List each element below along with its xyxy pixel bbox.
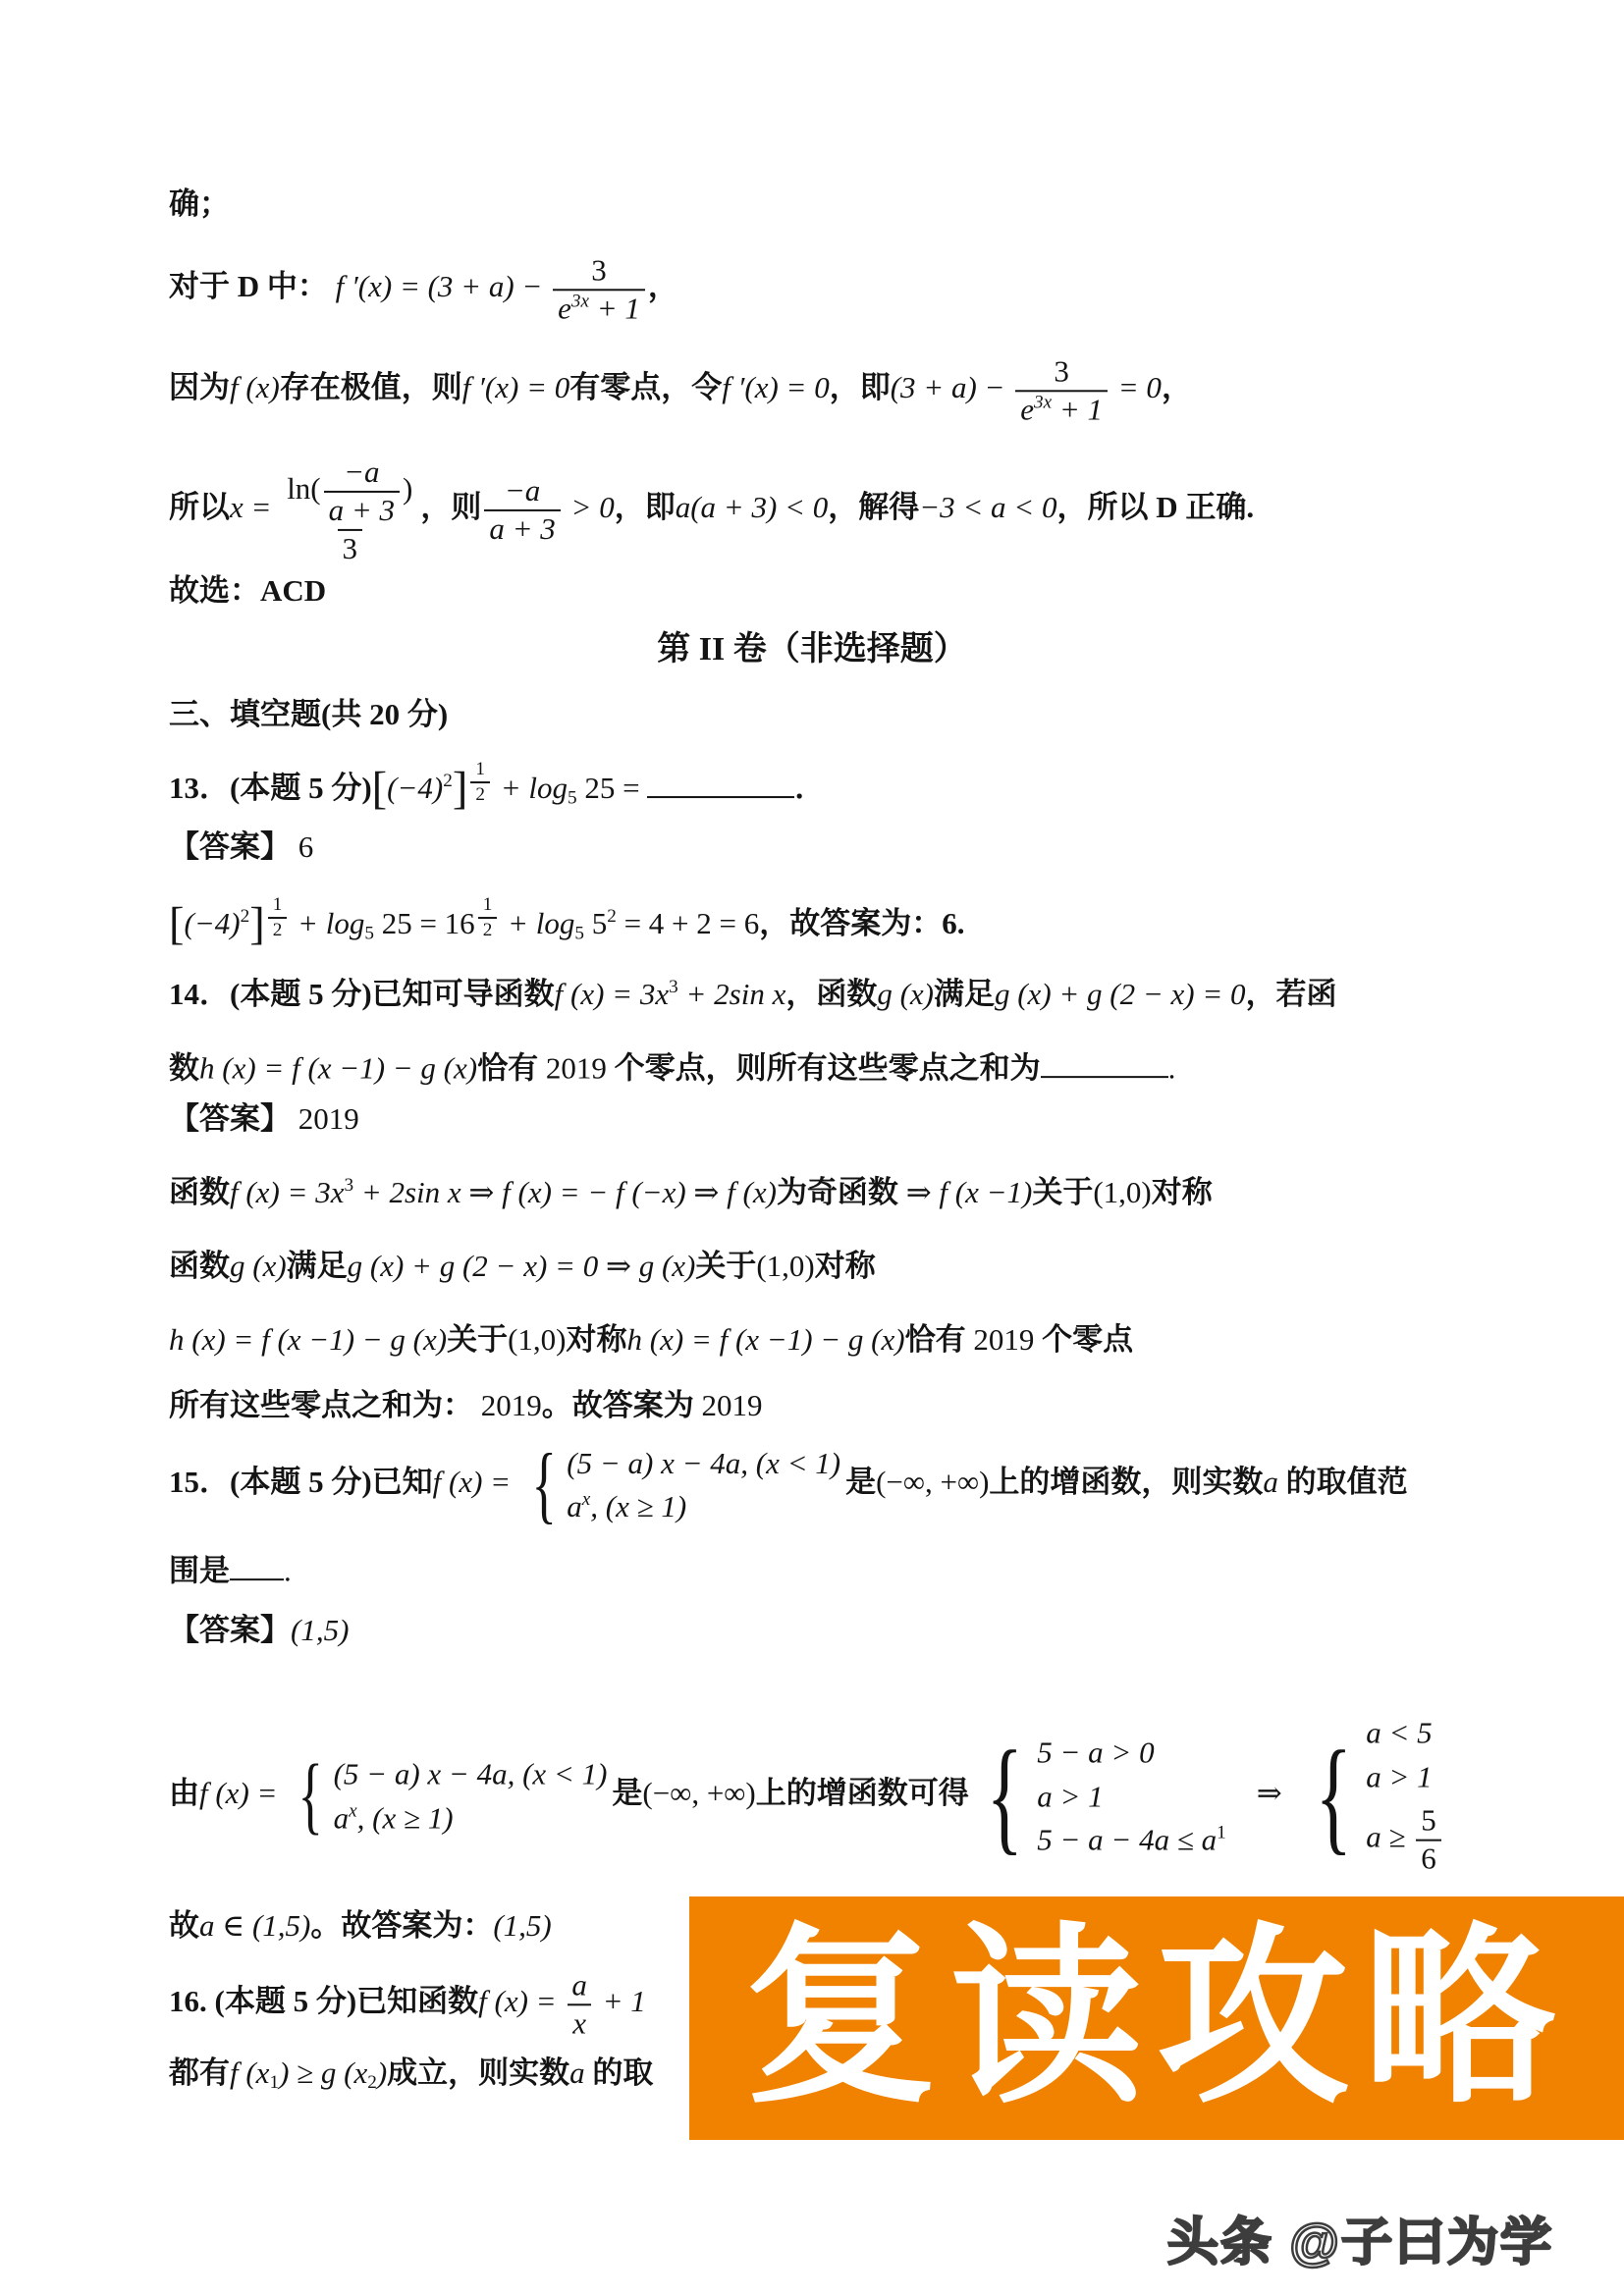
math-run: , (x ≥ 1) bbox=[357, 1800, 454, 1835]
math-run: 6 bbox=[1421, 1842, 1436, 1876]
text-run: 函数 bbox=[169, 1175, 230, 1209]
superscript: 2 bbox=[443, 771, 453, 791]
text-run: 对称 bbox=[1152, 1175, 1213, 1209]
fraction: 3e3x + 1 bbox=[1015, 353, 1108, 427]
text-line: 14．(本题 5 分)已知可导函数f (x) = 3x3 + 2sin x，函数… bbox=[169, 975, 1337, 1014]
subscript: 5 bbox=[364, 923, 374, 943]
math-run: (−4) bbox=[387, 771, 443, 805]
fraction-denominator: 2 bbox=[470, 781, 490, 807]
text-run: ，即 bbox=[615, 490, 676, 524]
cases-rows: 5 − a > 0a > 15 − a − 4a ≤ a1 bbox=[1035, 1735, 1225, 1858]
text-line: 函数f (x) = 3x3 + 2sin x ⇒ f (x) = − f (−x… bbox=[169, 1173, 1213, 1212]
left-brace: { bbox=[298, 1755, 323, 1838]
math-run: 5 bbox=[1421, 1803, 1436, 1838]
math-run: a < 5 bbox=[1366, 1716, 1432, 1750]
cases-rows: (5 − a) x − 4a, (x < 1)ax, (x ≥ 1) bbox=[332, 1757, 608, 1836]
text-run: 有零点，令 bbox=[569, 370, 722, 404]
text-run: 的取值范 bbox=[1278, 1465, 1408, 1499]
superscript: 3x bbox=[1034, 392, 1052, 412]
math-run: 2 bbox=[273, 920, 283, 940]
math-run: f ′(x) = 0 bbox=[462, 370, 569, 404]
text-run: 【答案】 bbox=[169, 1613, 291, 1647]
math-run: 2019 bbox=[694, 1388, 763, 1422]
watermark-banner-text: 复读攻略 bbox=[744, 1922, 1569, 2114]
math-run: a bbox=[567, 1489, 582, 1523]
math-run: a + 3 bbox=[329, 493, 395, 527]
text-line: 15．(本题 5 分)已知f (x) = {(5 − a) x − 4a, (x… bbox=[169, 1444, 1408, 1526]
text-run: 上的增函数可得 bbox=[756, 1776, 969, 1810]
text-run: 故选：ACD bbox=[169, 573, 326, 608]
math-run: a > 1 bbox=[1366, 1759, 1432, 1793]
math-run: 2019 bbox=[538, 1051, 615, 1086]
math-run: ⇒ bbox=[1257, 1776, 1282, 1810]
text-run: 由 bbox=[169, 1776, 199, 1810]
left-brace: { bbox=[531, 1444, 556, 1526]
math-run: g (x) bbox=[230, 1249, 287, 1283]
text-run: ，若函 bbox=[1246, 977, 1337, 1011]
math-run: 2019 bbox=[473, 1388, 542, 1422]
text-run: 上的增函数，则实数 bbox=[989, 1465, 1263, 1499]
text-run: 【答案】 bbox=[169, 829, 291, 864]
math-run: = 4 + 2 = 6 bbox=[617, 906, 759, 940]
fraction-numerator: 5 bbox=[1416, 1803, 1441, 1840]
text-run: 16. (本题 5 分)已知函数 bbox=[169, 1984, 478, 2018]
text-line: 函数g (x)满足g (x) + g (2 − x) = 0 ⇒ g (x)关于… bbox=[169, 1247, 876, 1286]
text-line: 对于 D 中： f ′(x) = (3 + a) − 3e3x + 1， bbox=[169, 252, 678, 326]
section-title: 第 II 卷（非选择题） bbox=[0, 628, 1624, 671]
math-run: a bbox=[571, 1967, 587, 2002]
math-run: a(a + 3) < 0 bbox=[676, 490, 828, 524]
text-run: ，解得 bbox=[828, 490, 919, 524]
text-run: 满足 bbox=[287, 1249, 348, 1283]
text-line: 【答案】 6 bbox=[169, 828, 313, 867]
math-run: (1,5) bbox=[493, 1908, 551, 1943]
math-run: = 0 bbox=[1110, 370, 1162, 404]
cases-row: a ≥ 56 bbox=[1366, 1803, 1444, 1877]
math-run: f (x) = 3x bbox=[555, 977, 669, 1011]
cases-row: 5 − a − 4a ≤ a1 bbox=[1037, 1823, 1225, 1858]
cases-row: ax, (x ≥ 1) bbox=[334, 1800, 454, 1836]
fraction: −aa + 3 bbox=[324, 454, 400, 528]
text-run: 确； bbox=[169, 187, 230, 221]
superscript: 2 bbox=[607, 906, 617, 927]
cases-rows: a < 5a > 1a ≥ 56 bbox=[1364, 1716, 1444, 1878]
text-line: h (x) = f (x −1) − g (x)关于(1,0)对称h (x) =… bbox=[169, 1320, 1133, 1360]
subsection-heading: 三、填空题(共 20 分) bbox=[169, 695, 448, 734]
math-run: (−∞, +∞) bbox=[642, 1776, 755, 1810]
text-line: 由f (x) = {(5 − a) x − 4a, (x < 1)ax, (x … bbox=[169, 1716, 1449, 1878]
fraction-numerator: ln(−aa + 3) bbox=[282, 454, 417, 529]
superscript: 3 bbox=[344, 1175, 353, 1196]
math-run: f (x bbox=[230, 2056, 269, 2090]
text-run: 存在极值，则 bbox=[280, 370, 462, 404]
math-run: (1,0) bbox=[756, 1249, 814, 1283]
text-run: 是 bbox=[612, 1776, 642, 1810]
math-run: 5 bbox=[574, 923, 584, 943]
cases-row: 5 − a > 0 bbox=[1037, 1735, 1154, 1771]
math-run: a bbox=[569, 2056, 585, 2090]
text-run: ，即 bbox=[830, 370, 891, 404]
math-run: . bbox=[1168, 1051, 1176, 1086]
superscript: 3 bbox=[669, 977, 678, 997]
fraction-numerator: 1 bbox=[478, 893, 498, 917]
fraction: 3e3x + 1 bbox=[553, 252, 645, 326]
superscript: 2 bbox=[241, 906, 250, 927]
text-run: 第 II 卷（非选择题） bbox=[657, 631, 966, 667]
credit-watermark: 头条 @子曰为学 bbox=[1167, 2201, 1553, 2274]
watermark-banner: 复读攻略 bbox=[689, 1896, 1624, 2140]
text-run: 14．(本题 5 分)已知可导函数 bbox=[169, 977, 555, 1011]
text-run: ，函数 bbox=[785, 977, 877, 1011]
text-line: 数h (x) = f (x −1) − g (x)恰有 2019 个零点，则所有… bbox=[169, 1047, 1175, 1089]
fraction-denominator: 2 bbox=[478, 917, 498, 942]
math-run: (5 − a) x − 4a, (x < 1) bbox=[567, 1446, 840, 1480]
math-run: 5 − a > 0 bbox=[1037, 1735, 1154, 1770]
fraction-numerator: 1 bbox=[268, 893, 288, 917]
math-run: ln( bbox=[287, 471, 320, 506]
math-run: ) bbox=[377, 2056, 387, 2090]
math-run: (1,0) bbox=[508, 1322, 566, 1357]
cases-group: {a < 5a > 1a ≥ 56 bbox=[1303, 1716, 1444, 1878]
superscript: 12 bbox=[265, 906, 291, 927]
math-run: 3x bbox=[571, 291, 589, 311]
math-run: 2019 bbox=[291, 1101, 359, 1136]
fraction: 12 bbox=[268, 893, 288, 941]
math-run: −a bbox=[344, 454, 379, 489]
math-run: 1 bbox=[1217, 1823, 1226, 1843]
math-run: f (x) bbox=[230, 370, 280, 404]
fraction: −aa + 3 bbox=[484, 473, 560, 547]
math-run: (3 + a) − bbox=[891, 370, 1012, 404]
text-run: 个零点 bbox=[1042, 1322, 1133, 1357]
math-run: x bbox=[349, 1801, 357, 1822]
math-run: 3 bbox=[591, 252, 607, 287]
math-run: 5 bbox=[584, 906, 607, 940]
math-run: a + 3 bbox=[489, 511, 555, 546]
subscript: 2 bbox=[367, 2072, 377, 2093]
math-run: ⇒ f (x −1) bbox=[898, 1175, 1032, 1209]
superscript: 12 bbox=[475, 906, 501, 927]
text-run: 三、填空题(共 20 分) bbox=[169, 697, 448, 731]
text-run: 对于 D 中： bbox=[169, 269, 336, 303]
fraction-denominator: x bbox=[568, 2003, 591, 2042]
subscript: 5 bbox=[574, 923, 584, 943]
cases-row: a > 1 bbox=[1037, 1779, 1103, 1814]
math-run: −3 < a < 0 bbox=[919, 490, 1056, 524]
math-run: ) bbox=[403, 471, 412, 506]
math-run: a ∈ (1,5) bbox=[199, 1908, 310, 1943]
math-run: (5 − a) x − 4a, (x < 1) bbox=[334, 1757, 608, 1791]
math-run: 25 = 16 bbox=[374, 906, 475, 940]
math-run: g (x) + g (2 − x) = 0 bbox=[995, 977, 1246, 1011]
math-run: f (x) = 3x bbox=[230, 1175, 344, 1209]
text-run: 恰有 bbox=[477, 1051, 538, 1086]
text-line: 确； bbox=[169, 185, 230, 224]
math-run: + 1 bbox=[595, 1984, 646, 2018]
cases-group: {(5 − a) x − 4a, (x < 1)ax, (x ≥ 1) bbox=[290, 1755, 607, 1838]
answer-blank bbox=[647, 767, 794, 797]
fraction-numerator: 1 bbox=[470, 758, 490, 781]
math-run: 3 bbox=[344, 1175, 353, 1196]
cases-row: a < 5 bbox=[1366, 1716, 1432, 1751]
cases-row: (5 − a) x − 4a, (x < 1) bbox=[567, 1446, 840, 1481]
fraction-numerator: 3 bbox=[1049, 353, 1074, 390]
superscript: x bbox=[582, 1490, 591, 1511]
cases-row: ax, (x ≥ 1) bbox=[567, 1489, 686, 1524]
text-run: 对称 bbox=[567, 1322, 627, 1357]
math-run: . bbox=[284, 1554, 292, 1588]
fraction: 56 bbox=[1416, 1803, 1441, 1877]
superscript: 3x bbox=[571, 291, 589, 311]
math-run: x bbox=[572, 2005, 586, 2040]
text-line: 都有f (x1) ≥ g (x2)成立，则实数a 的取 bbox=[169, 2054, 653, 2093]
text-run: ， bbox=[648, 269, 678, 303]
math-run: 3x bbox=[1034, 392, 1052, 412]
math-run: , (x ≥ 1) bbox=[590, 1489, 686, 1523]
math-run: + log bbox=[290, 906, 364, 940]
subscript: 1 bbox=[269, 2072, 279, 2093]
math-run: 2 bbox=[483, 920, 493, 940]
math-run: 5 − a − 4a ≤ a bbox=[1037, 1823, 1217, 1857]
text-run: ，所以 D 正确. bbox=[1056, 490, 1254, 524]
math-run: a bbox=[1263, 1465, 1278, 1499]
fraction-denominator: a + 3 bbox=[324, 491, 400, 529]
math-run: f ′(x) = (3 + a) − bbox=[336, 269, 550, 303]
bracket: [ bbox=[169, 899, 185, 949]
text-line: 16. (本题 5 分)已知函数f (x) = ax + 1 bbox=[169, 1967, 646, 2041]
math-run: + log bbox=[493, 771, 568, 805]
math-run: x = bbox=[230, 490, 279, 524]
math-run: 5 bbox=[364, 923, 374, 943]
text-line: 故选：ACD bbox=[169, 571, 326, 611]
text-run: ， bbox=[1162, 370, 1192, 404]
math-run: 2 bbox=[607, 906, 617, 927]
math-run: (1,0) bbox=[1093, 1175, 1151, 1209]
text-run: 成立，则实数 bbox=[387, 2056, 569, 2090]
text-run: 所以 bbox=[169, 490, 230, 524]
math-run: ) ≥ g (x bbox=[279, 2056, 367, 2090]
math-run: f (x) = bbox=[199, 1776, 285, 1810]
fraction-numerator: a bbox=[567, 1967, 592, 2003]
math-run: (1,5) bbox=[291, 1613, 349, 1647]
math-run: + 1 bbox=[589, 291, 640, 325]
math-run: 1 bbox=[269, 2072, 279, 2093]
text-run: 数 bbox=[169, 1051, 199, 1086]
math-run: g (x) bbox=[877, 977, 934, 1011]
math-run: 1 bbox=[273, 894, 283, 915]
text-run: 15．(本题 5 分)已知 bbox=[169, 1465, 433, 1499]
text-run: 故 bbox=[169, 1908, 199, 1943]
fraction-denominator: a + 3 bbox=[484, 509, 560, 548]
math-run: 1 bbox=[483, 894, 493, 915]
math-run: h (x) = f (x −1) − g (x) bbox=[169, 1322, 447, 1357]
math-run: 1 bbox=[475, 759, 485, 779]
text-run: ，故答案为：6. bbox=[759, 906, 964, 940]
text-run: ． bbox=[794, 771, 825, 805]
math-run: 2 bbox=[367, 2072, 377, 2093]
text-run: 的取 bbox=[585, 2056, 654, 2090]
text-run: 个零点，则所有这些零点之和为 bbox=[615, 1051, 1041, 1086]
text-run: 因为 bbox=[169, 370, 230, 404]
math-run: + 1 bbox=[1052, 392, 1103, 426]
answer-blank bbox=[230, 1550, 284, 1580]
math-run: a ≥ bbox=[1366, 1820, 1413, 1854]
text-run: 满足 bbox=[934, 977, 995, 1011]
superscript: x bbox=[349, 1801, 357, 1822]
text-line: 13．(本题 5 分)[(−4)2]12 + log5 25 = ． bbox=[169, 758, 825, 813]
math-run: e bbox=[558, 291, 571, 325]
fraction-numerator: 3 bbox=[586, 252, 612, 289]
text-line: 【答案】(1,5) bbox=[169, 1611, 349, 1650]
math-run: f (x) = bbox=[433, 1465, 518, 1499]
text-run: 函数 bbox=[169, 1249, 230, 1283]
text-run: 关于 bbox=[1032, 1175, 1093, 1209]
math-run: 2 bbox=[475, 784, 485, 805]
fraction: ln(−aa + 3)3 bbox=[282, 454, 417, 567]
text-run: ，则 bbox=[420, 490, 481, 524]
math-run: + 2sin x ⇒ f (x) = − f (−x) ⇒ f (x) bbox=[353, 1175, 777, 1209]
math-run: x bbox=[582, 1490, 591, 1511]
math-run: h (x) = f (x −1) − g (x) bbox=[627, 1322, 905, 1357]
math-run: + 2sin x bbox=[678, 977, 786, 1011]
text-run: 所有这些零点之和为： bbox=[169, 1388, 473, 1422]
fraction: ax bbox=[567, 1967, 592, 2041]
text-line: [(−4)2]12 + log5 25 = 1612 + log5 52 = 4… bbox=[169, 893, 965, 948]
text-line: 所有这些零点之和为： 2019。故答案为 2019 bbox=[169, 1386, 763, 1425]
fraction: 12 bbox=[478, 893, 498, 941]
text-run: 对称 bbox=[815, 1249, 876, 1283]
math-run: a bbox=[334, 1800, 350, 1835]
text-run: 。故答案为 bbox=[542, 1388, 694, 1422]
text-run: 围是 bbox=[169, 1554, 230, 1588]
math-run: 25 = bbox=[577, 771, 648, 805]
text-run: 恰有 bbox=[905, 1322, 966, 1357]
text-line: 故a ∈ (1,5)。故答案为：(1,5) bbox=[169, 1906, 552, 1946]
document-page: 确；对于 D 中： f ′(x) = (3 + a) − 3e3x + 1，因为… bbox=[0, 0, 1624, 2296]
fraction-numerator: −a bbox=[500, 473, 545, 509]
math-run: 2 bbox=[443, 771, 453, 791]
text-run: 关于 bbox=[695, 1249, 756, 1283]
text-run: 是 bbox=[845, 1465, 876, 1499]
math-run: f (x) = bbox=[478, 1984, 564, 2018]
superscript: 12 bbox=[467, 771, 493, 791]
math-run: e bbox=[1020, 392, 1034, 426]
bracket: ] bbox=[453, 764, 468, 814]
cases-rows: (5 − a) x − 4a, (x < 1)ax, (x ≥ 1) bbox=[565, 1446, 840, 1524]
math-run: + log bbox=[500, 906, 574, 940]
math-run: > 0 bbox=[564, 490, 615, 524]
subscript: 5 bbox=[568, 787, 577, 808]
fraction-denominator: 3 bbox=[338, 529, 363, 567]
math-run: 3 bbox=[1054, 353, 1069, 388]
text-run: 为奇函数 bbox=[777, 1175, 898, 1209]
text-line: 围是. bbox=[169, 1550, 292, 1591]
text-run: 。故答案为： bbox=[310, 1908, 493, 1943]
bracket: ] bbox=[249, 899, 265, 949]
fraction-denominator: e3x + 1 bbox=[553, 289, 645, 327]
cases-group: {5 − a > 0a > 15 − a − 4a ≤ a1 bbox=[974, 1735, 1226, 1858]
cases-row: a > 1 bbox=[1366, 1759, 1432, 1794]
text-run: 都有 bbox=[169, 2056, 230, 2090]
fraction-numerator: −a bbox=[339, 454, 384, 491]
left-brace: { bbox=[1315, 1735, 1352, 1857]
text-line: 因为f (x)存在极值，则f ′(x) = 0有零点，令f ′(x) = 0，即… bbox=[169, 353, 1192, 427]
text-line: 所以x = ln(−aa + 3)3，则−aa + 3 > 0，即a(a + 3… bbox=[169, 454, 1254, 567]
fraction-denominator: 2 bbox=[268, 917, 288, 942]
fraction: 12 bbox=[470, 758, 490, 806]
text-line: 【答案】 2019 bbox=[169, 1099, 359, 1139]
math-run: f ′(x) = 0 bbox=[722, 370, 829, 404]
math-run: 5 bbox=[568, 787, 577, 808]
math-run: g (x) + g (2 − x) = 0 ⇒ g (x) bbox=[348, 1249, 696, 1283]
answer-blank bbox=[1041, 1047, 1168, 1078]
left-brace: { bbox=[986, 1735, 1023, 1857]
math-run: a > 1 bbox=[1037, 1779, 1103, 1813]
math-run: 2 bbox=[241, 906, 250, 927]
math-run: (−4) bbox=[185, 906, 241, 940]
cases-row: (5 − a) x − 4a, (x < 1) bbox=[334, 1757, 608, 1792]
math-run: 2019 bbox=[966, 1322, 1043, 1357]
text-run: 【答案】 bbox=[169, 1101, 291, 1136]
fraction-denominator: e3x + 1 bbox=[1015, 390, 1108, 428]
text-run: 13．(本题 5 分) bbox=[169, 771, 372, 805]
math-run: 6 bbox=[291, 829, 313, 864]
math-run: (−∞, +∞) bbox=[876, 1465, 989, 1499]
math-run: −a bbox=[505, 473, 540, 507]
math-run: 3 bbox=[343, 531, 358, 565]
text-run: 关于 bbox=[447, 1322, 508, 1357]
fraction-denominator: 6 bbox=[1416, 1840, 1441, 1878]
math-run: h (x) = f (x −1) − g (x) bbox=[199, 1051, 477, 1086]
superscript: 1 bbox=[1217, 1823, 1226, 1843]
math-run: 3 bbox=[669, 977, 678, 997]
cases-group: {(5 − a) x − 4a, (x < 1)ax, (x ≥ 1) bbox=[523, 1444, 840, 1526]
bracket: [ bbox=[372, 764, 388, 814]
